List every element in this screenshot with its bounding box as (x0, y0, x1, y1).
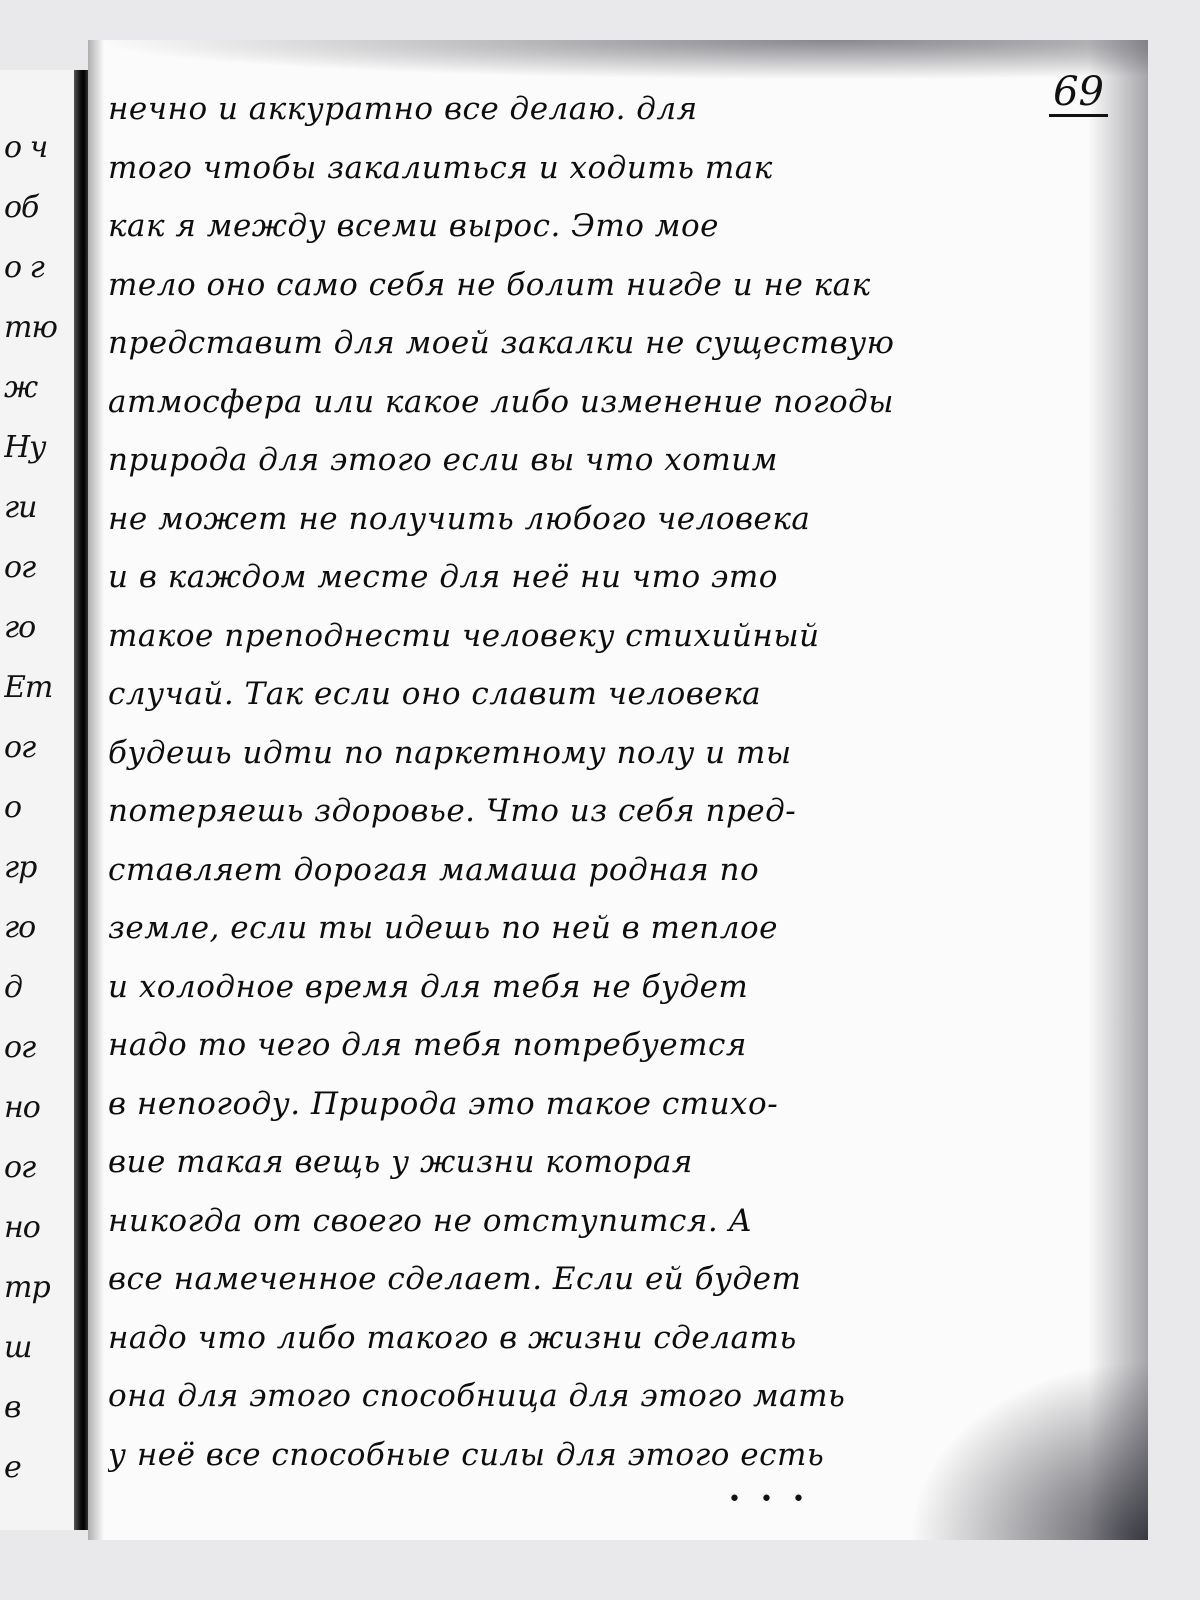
text-line: ставляет дорогая мамаша родная по (108, 841, 1098, 900)
adjacent-page-fragment: д (4, 970, 84, 1005)
text-line: тело оно само себя не болит нигде и не к… (108, 256, 1098, 315)
adjacent-page-fragment: ог (4, 1030, 84, 1065)
text-line: она для этого способница для этого мать (108, 1367, 1098, 1426)
adjacent-page-fragment: го (4, 910, 84, 945)
adjacent-page-fragment: ж (4, 370, 84, 405)
adjacent-page-fragment: е (4, 1450, 84, 1485)
adjacent-page-fragment: тю (4, 310, 84, 345)
ink-specks: • • • (728, 1487, 811, 1512)
adjacent-page-fragment: го (4, 610, 84, 645)
text-line: потеряешь здоровье. Что из себя пред- (108, 782, 1098, 841)
text-line: у неё все способные силы для этого есть (108, 1426, 1098, 1485)
manuscript-page: 69 нечно и аккуратно все делаю. для того… (88, 40, 1148, 1540)
text-line: случай. Так если оно славит человека (108, 665, 1098, 724)
adjacent-page-fragment: ог (4, 1150, 84, 1185)
text-line: никогда от своего не отступится. А (108, 1192, 1098, 1251)
text-line: представит для моей закалки не существую (108, 314, 1098, 373)
adjacent-page-fragment: ш (4, 1330, 84, 1365)
text-line: не может не получить любого человека (108, 490, 1098, 549)
photocopy-shadow (88, 40, 1148, 80)
adjacent-page-fragment: ог (4, 550, 84, 585)
text-line: и в каждом месте для неё ни что это (108, 548, 1098, 607)
text-line: того чтобы закалиться и ходить так (108, 139, 1098, 198)
adjacent-page-fragment: о г (4, 250, 84, 285)
adjacent-page-fragment: ги (4, 490, 84, 525)
text-line: такое преподнести человеку стихийный (108, 607, 1098, 666)
adjacent-page-fragment: о (4, 790, 84, 825)
text-line: вие такая вещь у жизни которая (108, 1133, 1098, 1192)
text-line: в непогоду. Природа это такое стихо- (108, 1075, 1098, 1134)
adjacent-page-fragment: в (4, 1390, 84, 1425)
handwritten-text: нечно и аккуратно все делаю. для того чт… (108, 80, 1098, 1484)
text-line: земле, если ты идешь по ней в теплое (108, 899, 1098, 958)
text-line: все намеченное сделает. Если ей будет (108, 1250, 1098, 1309)
adjacent-page-fragment: Ет (4, 670, 84, 705)
photocopy-shadow (88, 40, 104, 1540)
text-line: надо что либо такого в жизни сделать (108, 1309, 1098, 1368)
text-line: нечно и аккуратно все делаю. для (108, 80, 1098, 139)
adjacent-page-fragment: но (4, 1090, 84, 1125)
adjacent-page-fragment: Ну (4, 430, 84, 465)
text-line: надо то чего для тебя потребуется (108, 1016, 1098, 1075)
text-line: как я между всеми вырос. Это мое (108, 197, 1098, 256)
adjacent-page-fragment: об (4, 190, 84, 225)
text-line: и холодное время для тебя не будет (108, 958, 1098, 1017)
text-line: атмосфера или какое либо изменение погод… (108, 373, 1098, 432)
text-line: будешь идти по паркетному полу и ты (108, 724, 1098, 783)
adjacent-page-fragment: ог (4, 730, 84, 765)
adjacent-page-fragment: гр (4, 850, 84, 885)
book-spine-shadow (74, 70, 88, 1530)
adjacent-page-fragment: но (4, 1210, 84, 1245)
text-line: природа для этого если вы что хотим (108, 431, 1098, 490)
adjacent-page-fragment: тр (4, 1270, 84, 1305)
adjacent-page-fragment: о ч (4, 130, 84, 165)
